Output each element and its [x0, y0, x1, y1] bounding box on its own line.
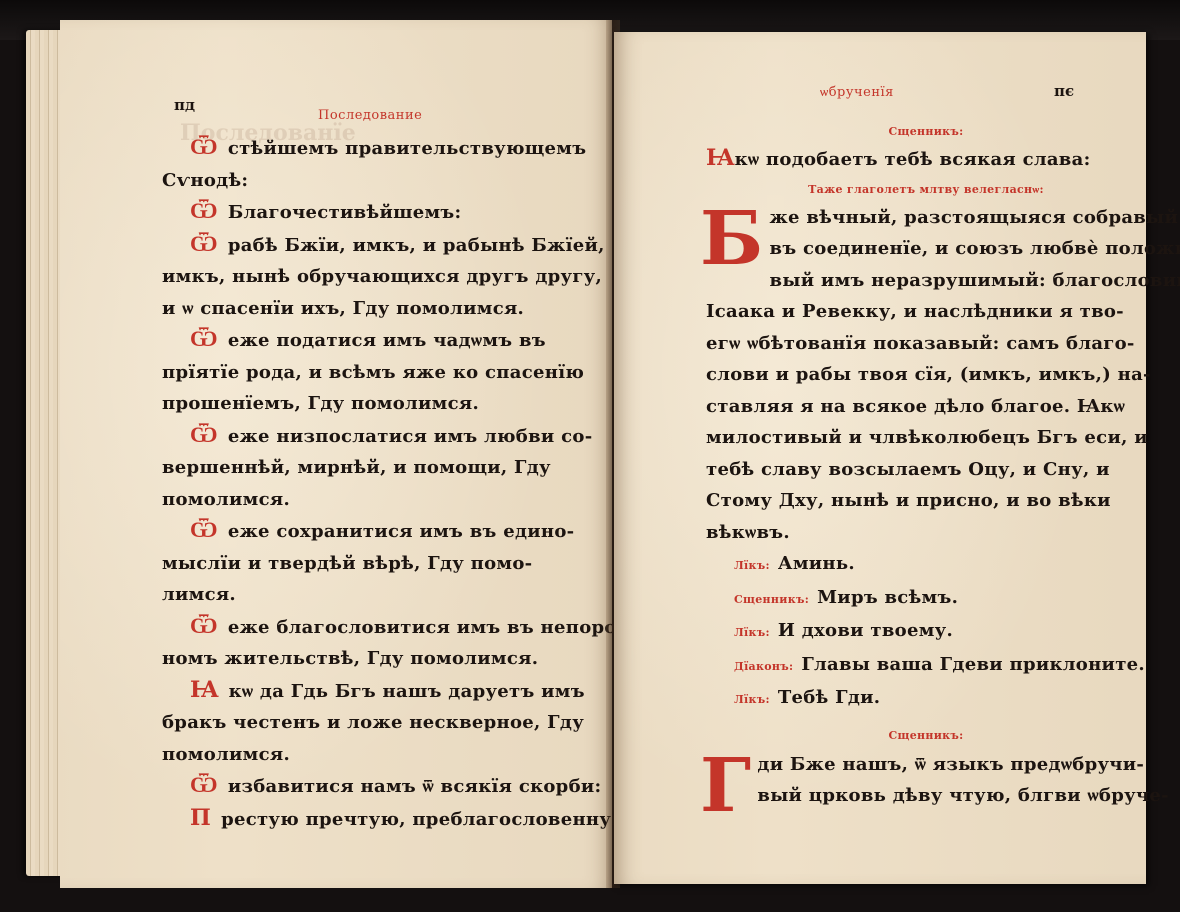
prayer-line: слови и рабы твоя сїя, (имкъ, имкъ,) на- — [706, 359, 1146, 391]
line-text: и ѡ спасенїи ихъ, Гду помолимся. — [162, 298, 524, 319]
folio-left: пд — [174, 96, 195, 114]
prayer-line: егѡ ѡбѣтованїя показавый: самъ благо- — [706, 328, 1146, 360]
text-line: бракъ честенъ и ложе нескверное, Гду — [162, 707, 602, 739]
response-text: Аминь. — [778, 553, 855, 574]
prayer-line: вый имъ неразрушимый: благословивый — [706, 265, 1146, 297]
text-line: ѾБлагочестивѣйшемъ: — [162, 196, 602, 229]
text-line: Ѿеже податися имъ чадѡмъ въ — [162, 324, 602, 357]
exclamation-line: Ꙗкѡ подобаетъ тебѣ всякая слава: — [706, 143, 1146, 176]
response-line: Дїаконъ:Главы ваша Гдеви приклоните. — [706, 649, 1146, 683]
responses-block: Лїкъ:Аминь.Сщенникъ:Миръ всѣмъ.Лїкъ:И дх… — [706, 548, 1146, 716]
folio-right: пє — [1054, 82, 1074, 100]
prayer-block-2: Г ди Бже нашъ, ѿ языкъ предѡбручи-вый цр… — [706, 749, 1146, 812]
text-line: помолимся. — [162, 484, 602, 516]
line-text: прїятїе рода, и всѣмъ яже ко спасенїю — [162, 362, 584, 383]
text-line: номъ житель­ствѣ, Гду помолимся. — [162, 643, 602, 675]
line-text: помолимся. — [162, 744, 290, 765]
prayer-line: же вѣчный, разстоящыяся собравый — [706, 202, 1146, 234]
line-text: рестую пречтую, преблагословенную: — [221, 809, 637, 830]
left-page-body: Ѿстѣйшемъ правительствующемъСѵнодѣ:ѾБлаг… — [162, 132, 602, 835]
text-line: Престую пречтую, преблагословенную: — [162, 803, 602, 836]
response-text: Главы ваша Гдеви приклоните. — [801, 654, 1145, 675]
response-text: И дхови твоему. — [778, 620, 953, 641]
running-head-left: Последование — [318, 108, 422, 123]
prayer-line: тебѣ славу возсылаемъ Оцу, и Сну, и — [706, 454, 1146, 486]
red-initial: Ѿ — [190, 772, 218, 798]
text-line: прїятїе рода, и всѣмъ яже ко спасенїю — [162, 357, 602, 389]
line-text: лимся. — [162, 584, 236, 605]
left-page: Последованїе пд Последование Ѿстѣйшемъ п… — [60, 20, 612, 888]
line-text: Благочестивѣйшемъ: — [228, 202, 462, 223]
prayer-line: вѣкѡвъ. — [706, 517, 1146, 549]
line-text: помолимся. — [162, 489, 290, 510]
response-text: Тебѣ Гди. — [778, 687, 881, 708]
response-text: Миръ всѣмъ. — [817, 587, 958, 608]
line-text: еже податися имъ чадѡмъ въ — [228, 330, 546, 351]
text-line: имкъ, нынѣ обручающихся другъ другу, — [162, 261, 602, 293]
speaker-rubric: Сщенникъ: — [734, 593, 809, 606]
line-text: мыслїи и твердѣй вѣрѣ, Гду помо- — [162, 553, 532, 574]
text-line: вершеннѣй, мирнѣй, и помощи, Гду — [162, 452, 602, 484]
prayer-line: ди Бже нашъ, ѿ языкъ предѡбручи- — [706, 749, 1146, 781]
text-line: Ѿрабѣ Бжїи, имкъ, и рабынѣ Бжїей, — [162, 229, 602, 262]
red-initial: Ꙗ — [706, 145, 735, 171]
speaker-rubric: Дїаконъ: — [734, 660, 793, 673]
text-line: Ѿеже сохранитися имъ въ едино- — [162, 515, 602, 548]
text-line: лимся. — [162, 579, 602, 611]
response-line: Сщенникъ:Миръ всѣмъ. — [706, 582, 1146, 616]
rubric-priest-2: Сщенникъ: — [706, 722, 1146, 749]
speaker-rubric: Лїкъ: — [734, 559, 770, 572]
line-text: бракъ честенъ и ложе нескверное, Гду — [162, 712, 584, 733]
text-line: Сѵнодѣ: — [162, 165, 602, 197]
prayer-line: Ісаака и Ревекку, и наслѣдники я тво- — [706, 296, 1146, 328]
red-initial: Ѿ — [190, 134, 218, 160]
red-initial: Ꙗ — [190, 677, 219, 703]
line-text: вершеннѣй, мирнѣй, и помощи, Гду — [162, 457, 551, 478]
text-line: помолимся. — [162, 739, 602, 771]
speaker-rubric: Лїкъ: — [734, 693, 770, 706]
right-page: ѡбрученїя пє Сщенникъ: Ꙗкѡ подобаетъ теб… — [614, 32, 1146, 884]
line-text: имкъ, нынѣ обручающихся другъ другу, — [162, 266, 602, 287]
red-initial: Ѿ — [190, 422, 218, 448]
line-text: номъ житель­ствѣ, Гду помолимся. — [162, 648, 538, 669]
prayer-line: ставляя я на всякое дѣло благое. Ꙗкѡ — [706, 391, 1146, 423]
text-line: Ꙗкѡ да Гдь Бгъ нашъ даруетъ имъ — [162, 675, 602, 708]
running-head-right: ѡбрученїя — [820, 84, 894, 100]
line-text: Сѵнодѣ: — [162, 170, 248, 191]
red-initial: Ѿ — [190, 198, 218, 224]
text-line: мыслїи и твердѣй вѣрѣ, Гду помо- — [162, 548, 602, 580]
prayer-line: вый црковь дѣву чтую, блгви ѡбруче- — [706, 780, 1146, 812]
text-line: прошенїемъ, Гду помолимся. — [162, 388, 602, 420]
prayer-line: Стому Дху, нынѣ и присно, и во вѣки — [706, 485, 1146, 517]
response-line: Лїкъ:Аминь. — [706, 548, 1146, 582]
response-line: Лїкъ:Тебѣ Гди. — [706, 682, 1146, 716]
red-initial: Ѿ — [190, 517, 218, 543]
line-text: кѡ да Гдь Бгъ нашъ даруетъ имъ — [229, 681, 585, 702]
line-text: избавитися намъ ѿ всякїя скорби: — [228, 776, 602, 797]
text-line: Ѿизбавитися намъ ѿ всякїя скорби: — [162, 770, 602, 803]
line-text: еже благословитися имъ въ непороч- — [228, 617, 638, 638]
red-initial: П — [190, 805, 211, 831]
rubric-priest: Сщенникъ: — [706, 120, 1146, 143]
line-text: стѣйшемъ правительствующемъ — [228, 138, 587, 159]
drop-cap-initial: Б — [700, 206, 764, 272]
prayer-block: Б же вѣчный, разстоящыяся собравыйвъ сое… — [706, 202, 1146, 549]
prayer-line: милостивый и члвѣколюбецъ Бгъ еси, и — [706, 422, 1146, 454]
red-initial: Ѿ — [190, 231, 218, 257]
line-text: еже сохранитися имъ въ едино- — [228, 521, 575, 542]
rubric-prayer: Таже глаголетъ млтву велегласнѡ: — [706, 176, 1146, 202]
line-text: еже низпослатися имъ любви со- — [228, 426, 593, 447]
prayer-line: въ соединенїе, и союзъ любвѐ положи- — [706, 233, 1146, 265]
response-line: Лїкъ:И дхови твоему. — [706, 615, 1146, 649]
text-line: Ѿстѣйшемъ правительствующемъ — [162, 132, 602, 165]
line-text: прошенїемъ, Гду помолимся. — [162, 393, 479, 414]
red-initial: Ѿ — [190, 326, 218, 352]
text-line: и ѡ спасенїи ихъ, Гду помолимся. — [162, 293, 602, 325]
red-initial: Ѿ — [190, 613, 218, 639]
right-page-body: Сщенникъ: Ꙗкѡ подобаетъ тебѣ всякая слав… — [706, 120, 1146, 819]
speaker-rubric: Лїкъ: — [734, 626, 770, 639]
drop-cap-initial-2: Г — [700, 753, 751, 819]
line-text: рабѣ Бжїи, имкъ, и рабынѣ Бжїей, — [228, 235, 605, 256]
text-line: Ѿеже низпослатися имъ любви со- — [162, 420, 602, 453]
text-line: Ѿеже благословитися имъ въ непороч- — [162, 611, 602, 644]
